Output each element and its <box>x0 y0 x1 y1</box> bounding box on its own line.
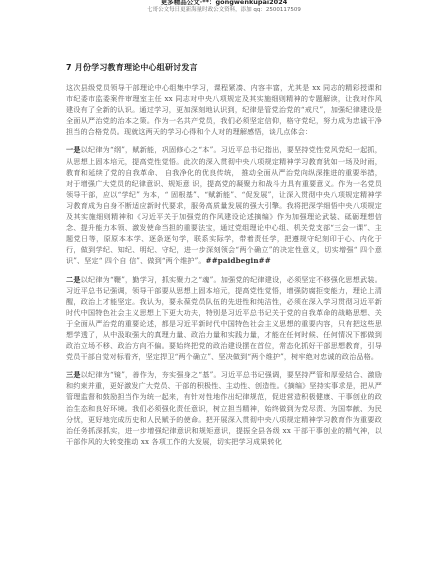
section-two-paragraph: 二是以纪律为“鞭”，勤学习，抓实聚力之“魂”。加强党的纪律建设，必须坚定不移强化… <box>66 274 382 363</box>
intro-paragraph: 这次县级党员领导干部理论中心组集中学习，课程紧凑、内容丰富，尤其是 xx 同志的… <box>66 82 382 137</box>
document-title: 7 月份学习教育理论中心组研讨发言 <box>66 62 382 74</box>
paid-begin-marker: ##paidbegin## <box>206 256 271 265</box>
section-one-body: 以纪律为“纲”，赋新能，巩固修心之“本”。习近平总书记指出，要坚持党性党风党纪一… <box>66 145 382 265</box>
section-three-body: 以纪律为“镜”，善作为，夯实强身之“基”。习近平总书记强调，要坚持严管和厚爱结合… <box>66 370 382 446</box>
page-header: 更多精品公文·**：gongwenkupai2024 七哥公文每日更新海量时政公… <box>0 0 448 14</box>
section-three-lead: 三是 <box>66 370 81 379</box>
section-one-paragraph: 一是以纪律为“纲”，赋新能，巩固修心之“本”。习近平总书记指出，要坚持党性党风党… <box>66 144 382 266</box>
section-two-lead: 二是 <box>66 275 81 284</box>
section-three-paragraph: 三是以纪律为“镜”，善作为，夯实强身之“基”。习近平总书记强调，要坚持严管和厚爱… <box>66 369 382 447</box>
section-two-body: 以纪律为“鞭”，勤学习，抓实聚力之“魂”。加强党的纪律建设，必须坚定不移强化思想… <box>66 275 382 362</box>
document-page: 7 月份学习教育理论中心组研讨发言 这次县级党员领导干部理论中心组集中学习，课程… <box>66 62 382 454</box>
section-one-lead: 一是 <box>66 145 81 154</box>
header-contact-line: 七哥公文每日更新海量时政公文资料，添加 qq：2500117509 <box>0 6 448 14</box>
